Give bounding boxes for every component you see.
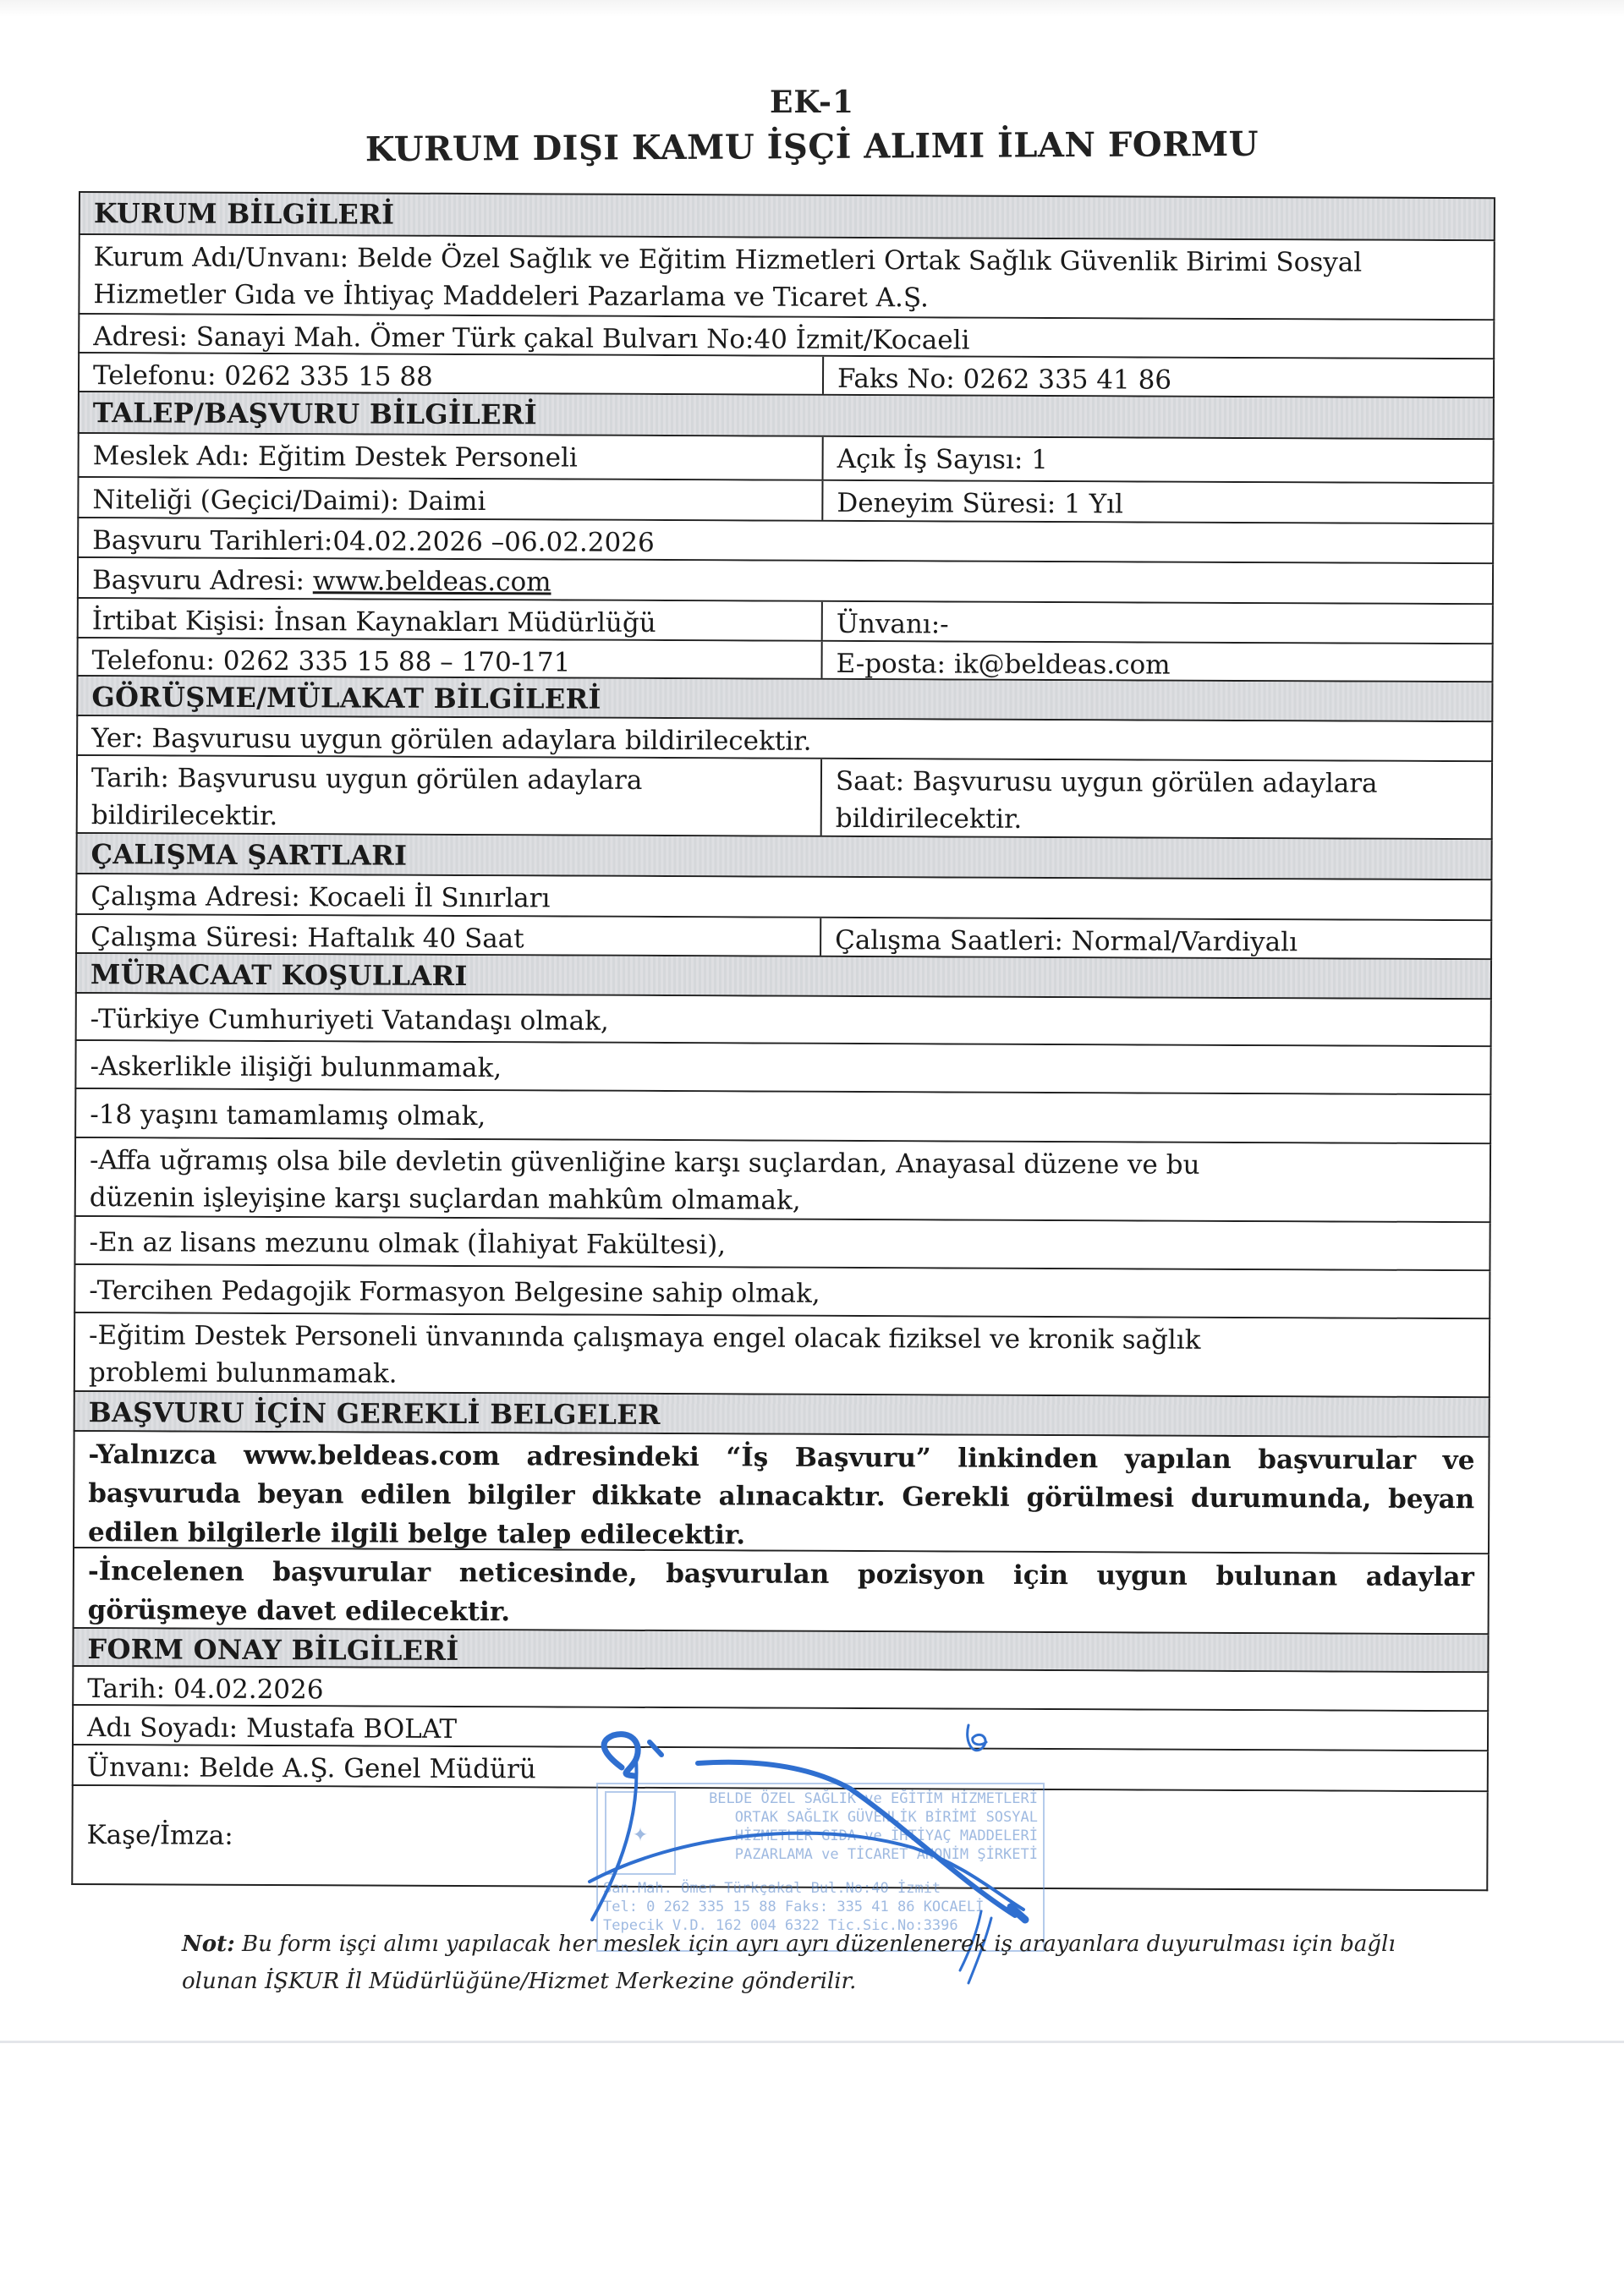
contact-phone: Telefonu: 0262 335 15 88 – 170-171 bbox=[79, 638, 821, 678]
interview-date-line2: bildirilecektir. bbox=[91, 797, 807, 837]
stamp-line: HİZMETLER GIDA ve İHTİYAÇ MADDELERİ bbox=[683, 1827, 1038, 1845]
section-title: KURUM BİLGİLERİ bbox=[80, 193, 1494, 239]
requirement-text: -Askerlikle ilişiği bulunmamak, bbox=[76, 1041, 1490, 1093]
onay-name-row: Adı Soyadı: Mustafa BOLAT bbox=[72, 1706, 1489, 1751]
section-header-belgeler: BAŞVURU İÇİN GEREKLİ BELGELER bbox=[74, 1392, 1490, 1438]
section-header-talep: TALEP/BAŞVURU BİLGİLERİ bbox=[78, 392, 1495, 440]
requirement-text: -Tercihen Pedagojik Formasyon Belgesine … bbox=[75, 1265, 1489, 1318]
application-address-label: Başvuru Adresi: bbox=[92, 565, 313, 596]
form-table: KURUM BİLGİLERİ Kurum Adı/Unvanı: Belde … bbox=[79, 191, 1495, 197]
requirement-item: -Eğitim Destek Personeli ünvanında çalış… bbox=[74, 1313, 1490, 1398]
requirement-item: -18 yaşını tamamlamış olmak, bbox=[74, 1089, 1491, 1144]
kurum-address: Adresi: Sanayi Mah. Ömer Türk çakal Bulv… bbox=[80, 315, 1493, 358]
page-divider bbox=[0, 2041, 1624, 2043]
kurum-address-row: Adresi: Sanayi Mah. Ömer Türk çakal Bulv… bbox=[78, 315, 1495, 359]
occupation: Meslek Adı: Eğitim Destek Personeli bbox=[80, 434, 822, 479]
kurum-name-line1: Kurum Adı/Unvanı: Belde Özel Sağlık ve E… bbox=[94, 238, 1480, 282]
section-title: MÜRACAAT KOŞULLARI bbox=[77, 954, 1490, 998]
talep-row-address: Başvuru Adresi: www.beldeas.com bbox=[77, 558, 1494, 605]
interview-date: Tarih: Başvurusu uygun görülen adaylara … bbox=[78, 756, 820, 836]
work-duration: Çalışma Süresi: Haftalık 40 Saat bbox=[77, 915, 820, 956]
kurum-name-row: Kurum Adı/Unvanı: Belde Özel Sağlık ve E… bbox=[78, 235, 1495, 321]
kurum-name: Kurum Adı/Unvanı: Belde Özel Sağlık ve E… bbox=[80, 235, 1493, 319]
section-title: BAŞVURU İÇİN GEREKLİ BELGELER bbox=[75, 1392, 1489, 1436]
interview-time-line2: bildirilecektir. bbox=[836, 800, 1478, 840]
requirement-text: -18 yaşını tamamlamış olmak, bbox=[76, 1089, 1490, 1143]
approval-date: Tarih: 04.02.2026 bbox=[74, 1667, 1487, 1710]
annex-label: EK-1 bbox=[0, 85, 1624, 120]
application-dates: Başvuru Tarihleri:04.02.2026 –06.02.2026 bbox=[79, 518, 1492, 562]
kurum-fax: Faks No: 0262 335 41 86 bbox=[822, 357, 1493, 397]
stamp-line: Tel: 0 262 335 15 88 Faks: 335 41 86 KOC… bbox=[603, 1898, 1038, 1916]
interview-time: Saat: Başvurusu uygun görülen adaylara b… bbox=[820, 759, 1491, 838]
application-link[interactable]: www.beldeas.com bbox=[313, 566, 551, 597]
requirement-text: -Affa uğramış olsa bile devletin güvenli… bbox=[76, 1138, 1490, 1221]
gorusme-datetime-row: Tarih: Başvurusu uygun görülen adaylara … bbox=[76, 756, 1493, 840]
footnote-label: Not: bbox=[182, 1932, 235, 1957]
section-header-kurum: KURUM BİLGİLERİ bbox=[79, 191, 1495, 241]
open-positions: Açık İş Sayısı: 1 bbox=[822, 437, 1493, 482]
calisma-address-row: Çalışma Adresi: Kocaeli İl Sınırları bbox=[75, 874, 1492, 921]
approver-name: Adı Soyadı: Mustafa BOLAT bbox=[74, 1706, 1487, 1750]
kurum-contact-row: Telefonu: 0262 335 15 88 Faks No: 0262 3… bbox=[78, 353, 1495, 398]
gorusme-place-row: Yer: Başvurusu uygun görülen adaylara bi… bbox=[76, 716, 1493, 762]
section-header-onay: FORM ONAY BİLGİLERİ bbox=[72, 1629, 1489, 1673]
document-item: -İncelenen başvurular neticesinde, başvu… bbox=[73, 1548, 1490, 1635]
requirement-text: -Türkiye Cumhuriyeti Vatandaşı olmak, bbox=[77, 994, 1490, 1045]
work-address: Çalışma Adresi: Kocaeli İl Sınırları bbox=[77, 874, 1490, 919]
form-title: KURUM DIŞI KAMU İŞÇİ ALIMI İLAN FORMU bbox=[0, 122, 1624, 172]
calisma-time-row: Çalışma Süresi: Haftalık 40 Saat Çalışma… bbox=[75, 915, 1492, 960]
talep-row-1: Meslek Adı: Eğitim Destek Personeli Açık… bbox=[78, 434, 1495, 484]
interview-time-line1: Saat: Başvurusu uygun görülen adaylara bbox=[836, 763, 1478, 803]
footnote-text: Bu form işçi alımı yapılacak her meslek … bbox=[182, 1932, 1396, 1994]
section-title: ÇALIŞMA ŞARTLARI bbox=[77, 834, 1490, 879]
document-text: -Yalnızca www.beldeas.com adresindeki “İ… bbox=[74, 1432, 1489, 1553]
stamp-line: BELDE ÖZEL SAĞLIK ve EĞİTİM HİZMETLERİ bbox=[683, 1789, 1038, 1808]
interview-place: Yer: Başvurusu uygun görülen adaylara bi… bbox=[78, 716, 1491, 760]
talep-row-2: Niteliği (Geçici/Daimi): Daimi Deneyim S… bbox=[77, 478, 1494, 524]
section-header-calisma: ÇALIŞMA ŞARTLARI bbox=[75, 834, 1492, 880]
requirement-item: -Tercihen Pedagojik Formasyon Belgesine … bbox=[74, 1265, 1490, 1319]
experience: Deneyim Süresi: 1 Yıl bbox=[821, 481, 1492, 523]
footnote: Not: Bu form işçi alımı yapılacak her me… bbox=[182, 1926, 1425, 2000]
position-nature: Niteliği (Geçici/Daimi): Daimi bbox=[79, 478, 821, 520]
requirement-text: -Eğitim Destek Personeli ünvanında çalış… bbox=[75, 1313, 1489, 1396]
work-hours: Çalışma Saatleri: Normal/Vardiyalı bbox=[820, 918, 1490, 958]
requirement-item: -Askerlikle ilişiği bulunmamak, bbox=[74, 1041, 1491, 1095]
kurum-name-line2: Hizmetler Gıda ve İhtiyaç Maddeleri Paza… bbox=[93, 276, 1479, 319]
section-header-muracaat: MÜRACAAT KOŞULLARI bbox=[75, 954, 1492, 1000]
talep-row-phone: Telefonu: 0262 335 15 88 – 170-171 E-pos… bbox=[76, 638, 1493, 682]
document-text: -İncelenen başvurular neticesinde, başvu… bbox=[74, 1548, 1488, 1633]
requirement-item: -Affa uğramış olsa bile devletin güvenli… bbox=[74, 1138, 1491, 1223]
section-title: TALEP/BAŞVURU BİLGİLERİ bbox=[80, 392, 1493, 438]
section-title: FORM ONAY BİLGİLERİ bbox=[74, 1629, 1487, 1671]
kurum-phone: Telefonu: 0262 335 15 88 bbox=[80, 353, 822, 394]
onay-date-row: Tarih: 04.02.2026 bbox=[72, 1667, 1489, 1712]
scan-edge bbox=[0, 0, 1624, 17]
stamp-line: San.Mah. Ömer Türkçakal Bul.No:40 İzmit bbox=[603, 1879, 1038, 1898]
talep-row-dates: Başvuru Tarihleri:04.02.2026 –06.02.2026 bbox=[77, 518, 1494, 564]
talep-row-contact: İrtibat Kişisi: İnsan Kaynakları Müdürlü… bbox=[77, 599, 1494, 644]
requirement-item: -Türkiye Cumhuriyeti Vatandaşı olmak, bbox=[75, 994, 1492, 1047]
stamp-line: PAZARLAMA ve TİCARET ANONİM ŞİRKETİ bbox=[683, 1845, 1038, 1864]
document-item: -Yalnızca www.beldeas.com adresindeki “İ… bbox=[73, 1432, 1490, 1554]
contact-email[interactable]: E-posta: ik@beldeas.com bbox=[820, 642, 1491, 681]
stamp-logo-icon: ✦ bbox=[605, 1791, 676, 1875]
section-title: GÖRÜŞME/MÜLAKAT BİLGİLERİ bbox=[78, 677, 1491, 721]
requirement-text: -En az lisans mezunu olmak (İlahiyat Fak… bbox=[75, 1217, 1489, 1269]
contact-title: Ünvanı:- bbox=[821, 602, 1492, 643]
section-header-gorusme: GÖRÜŞME/MÜLAKAT BİLGİLERİ bbox=[76, 677, 1493, 722]
stamp-text: BELDE ÖZEL SAĞLIK ve EĞİTİM HİZMETLERİ O… bbox=[683, 1789, 1038, 1864]
requirement-item: -En az lisans mezunu olmak (İlahiyat Fak… bbox=[74, 1217, 1490, 1271]
contact-person: İrtibat Kişisi: İnsan Kaynakları Müdürlü… bbox=[79, 599, 821, 640]
interview-date-line1: Tarih: Başvurusu uygun görülen adaylara bbox=[91, 759, 807, 800]
application-address: Başvuru Adresi: www.beldeas.com bbox=[79, 558, 1492, 603]
stamp-line: ORTAK SAĞLIK GÜVENLİK BİRİMİ SOSYAL bbox=[683, 1808, 1038, 1827]
